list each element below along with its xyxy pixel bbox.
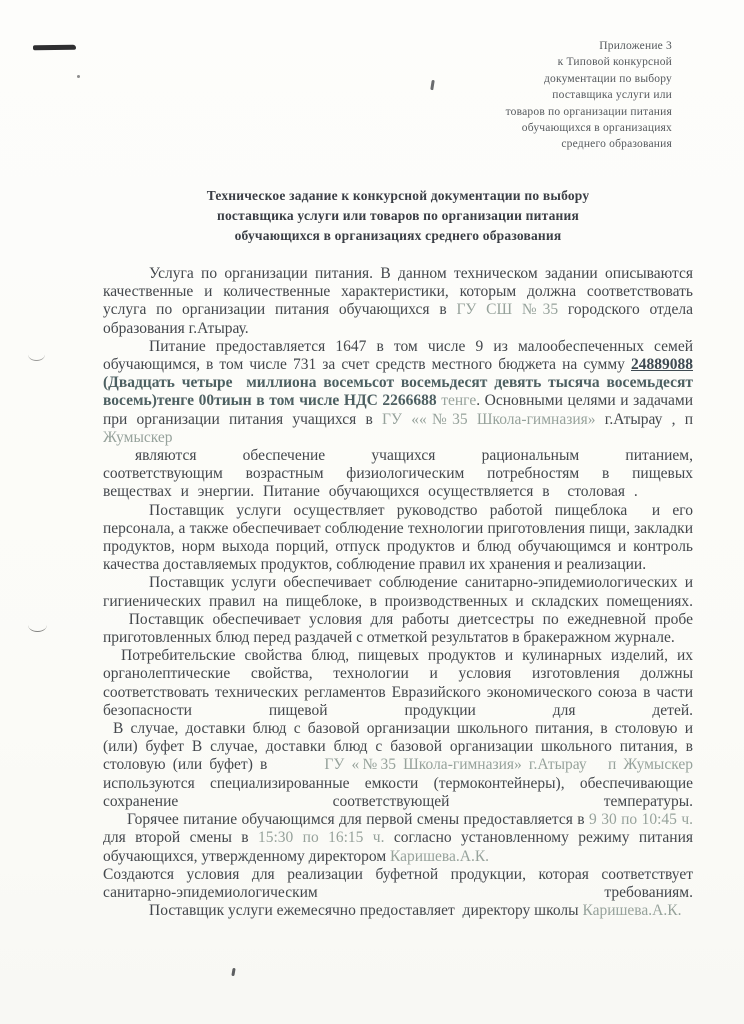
- appendix-note-line: к Типовой конкурсной: [506, 54, 672, 70]
- document-title-line: обучающихся в организациях среднего обра…: [103, 226, 693, 246]
- paragraph: Услуга по организации питания. В данном …: [103, 265, 693, 338]
- appendix-note: Приложение 3к Типовой конкурснойдокумент…: [506, 38, 672, 153]
- filled-field-text: Жумыскер: [103, 429, 173, 446]
- appendix-note-line: обучающихся в организациях: [506, 120, 672, 136]
- scan-mark-comma-bottom: [231, 968, 235, 976]
- body-text: г.Атырау , п: [605, 411, 693, 428]
- document-title-line: Техническое задание к конкурсной докумен…: [103, 186, 693, 206]
- paragraph: Потребительские свойства блюд, пищевых п…: [103, 647, 693, 720]
- body-text: соответствующим возрастным физиологическ…: [103, 465, 693, 500]
- scan-mark-dash: [33, 45, 76, 51]
- scan-mark-arc-lower: [28, 618, 47, 632]
- scan-mark-arc-upper: [28, 348, 45, 361]
- body-text: для второй смены в: [103, 829, 258, 846]
- filled-field-text: ГУ ««№35 Школа-гимназия»: [382, 411, 605, 428]
- document-title: Техническое задание к конкурсной докумен…: [103, 186, 693, 246]
- paragraph: Питание предоставляется 1647 в том числе…: [103, 338, 693, 447]
- body-text: Поставщик услуги обеспечивает соблюдение…: [103, 574, 693, 646]
- paragraph: В случае, доставки блюд с базовой органи…: [103, 720, 693, 811]
- paragraph: являются обеспечение учащихся рациональн…: [103, 447, 693, 502]
- filled-field-text: ГУ СШ №35: [456, 301, 558, 318]
- amount-number: 24889088: [631, 356, 693, 373]
- scanned-document-page: Приложение 3к Типовой конкурснойдокумент…: [0, 0, 744, 1024]
- appendix-note-line: товаров по организации питания: [506, 104, 672, 120]
- filled-field-text: 9 30 по 10:45 ч.: [589, 811, 693, 828]
- body-text: Поставщик услуги осуществляет руководств…: [103, 502, 693, 574]
- filled-field-text: Каришева.А.К.: [582, 902, 681, 919]
- body-text: являются обеспечение учащихся рациональн…: [135, 447, 693, 464]
- paragraph: Поставщик услуги ежемесячно предоставляе…: [103, 902, 693, 920]
- body-text: Потребительские свойства блюд, пищевых п…: [103, 647, 693, 719]
- paragraph: Поставщик услуги осуществляет руководств…: [103, 502, 693, 575]
- paragraph: Горячее питание обучающимся для первой с…: [103, 811, 693, 866]
- filled-field-text: Каришева.А.К.: [390, 848, 489, 865]
- paragraph: Создаются условия для реализации буфетно…: [103, 866, 693, 902]
- paragraph: Поставщик услуги обеспечивает соблюдение…: [103, 574, 693, 647]
- body-text: используются специализированные емкости …: [103, 775, 693, 810]
- appendix-note-line: Приложение 3: [506, 38, 672, 54]
- appendix-note-line: поставщика услуги или: [506, 87, 672, 103]
- filled-field-text: тенге: [441, 392, 476, 409]
- filled-field-text: ГУ «№35 Школа-гимназия» г.Атырау п Жумыс…: [324, 756, 693, 773]
- body-text: Питание предоставляется 1647 в том числе…: [103, 338, 693, 373]
- body-text: Поставщик услуги ежемесячно предоставляе…: [149, 902, 582, 919]
- body-text: Создаются условия для реализации буфетно…: [103, 866, 693, 901]
- scan-mark-comma-top: [430, 80, 435, 90]
- document-title-line: поставщика услуги или товаров по организ…: [103, 206, 693, 226]
- document-body: Услуга по организации питания. В данном …: [103, 265, 693, 920]
- appendix-note-line: документации по выбору: [506, 71, 672, 87]
- appendix-note-line: среднего образования: [506, 136, 672, 152]
- body-text: Горячее питание обучающимся для первой с…: [127, 811, 589, 828]
- filled-field-text: 15:30 по 16:15 ч.: [258, 829, 385, 846]
- scan-mark-dot: [77, 75, 80, 78]
